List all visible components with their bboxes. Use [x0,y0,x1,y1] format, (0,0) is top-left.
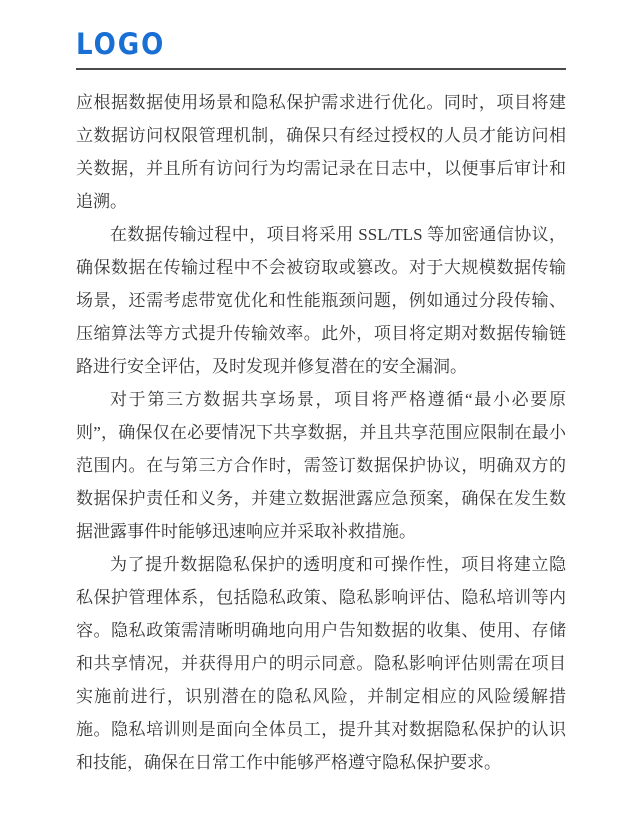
document-page: LOGO 应根据数据使用场景和隐私保护需求进行优化。同时，项目将建立数据访问权限… [0,0,640,829]
page-header: LOGO [76,30,566,70]
document-body: 应根据数据使用场景和隐私保护需求进行优化。同时，项目将建立数据访问权限管理机制，… [76,86,566,779]
paragraph: 对于第三方数据共享场景，项目将严格遵循“最小必要原则”，确保仅在必要情况下共享数… [76,383,566,548]
paragraph: 在数据传输过程中，项目将采用 SSL/TLS 等加密通信协议，确保数据在传输过程… [76,218,566,383]
logo-text: LOGO [76,30,165,59]
paragraph: 应根据数据使用场景和隐私保护需求进行优化。同时，项目将建立数据访问权限管理机制，… [76,86,566,218]
header-divider [76,68,566,70]
paragraph: 为了提升数据隐私保护的透明度和可操作性，项目将建立隐私保护管理体系，包括隐私政策… [76,548,566,779]
